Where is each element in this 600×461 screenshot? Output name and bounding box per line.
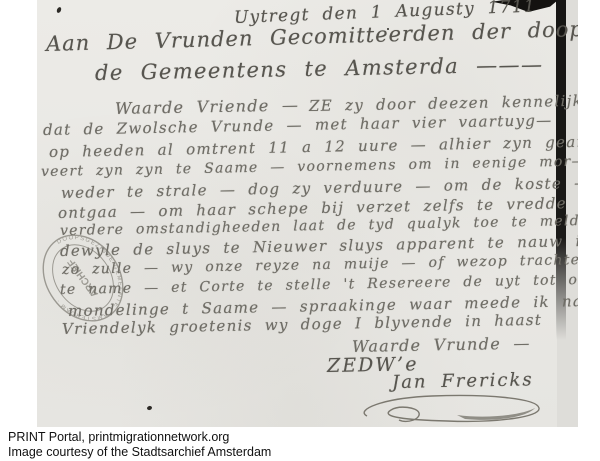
caption-line-1: PRINT Portal, printmigrationnetwork.org [8,430,592,445]
page-root: DOOPSGEZINDE GEMEENTE · AMSTERDAM · ARCH… [0,0,600,461]
caption-line-2: Image courtesy of the Stadtsarchief Amst… [8,445,592,460]
signature-flourish-icon [337,388,547,427]
letter-salutation: Waarde Vriende — [115,95,300,118]
caption-block: PRINT Portal, printmigrationnetwork.org … [8,430,592,460]
letter-closing-salute: Waarde Vrunde — [352,334,531,356]
document-scan: DOOPSGEZINDE GEMEENTE · AMSTERDAM · ARCH… [37,0,578,427]
